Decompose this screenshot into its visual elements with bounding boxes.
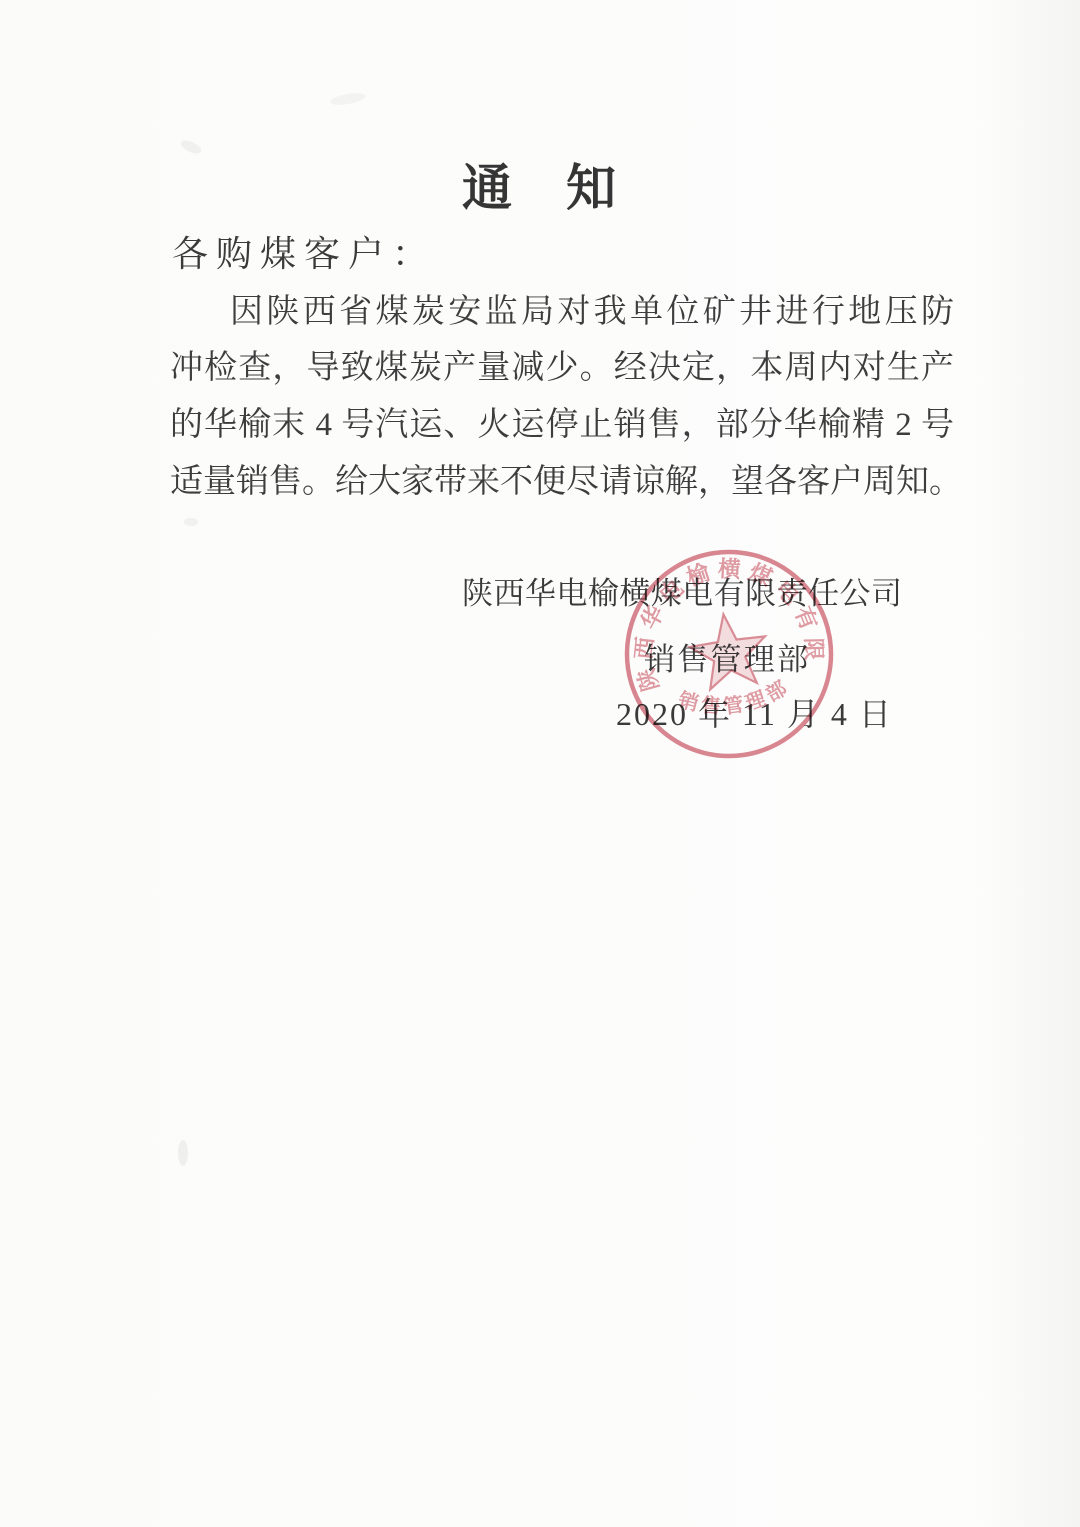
scan-artifact: [178, 1140, 188, 1166]
body-paragraph-line: 因陕西省煤炭安监局对我单位矿井进行地压防: [170, 285, 954, 332]
scanned-notice-page: 通 知 各购煤客户： 因陕西省煤炭安监局对我单位矿井进行地压防 冲检查，导致煤炭…: [0, 0, 1080, 1527]
body-paragraph-line: 的华榆末 4 号汽运、火运停止销售，部分华榆精 2 号: [170, 398, 954, 445]
salutation-line: 各购煤客户：: [172, 226, 436, 277]
stamp-bottom-text: 销售管理部: [673, 672, 796, 725]
body-paragraph-line: 冲检查，导致煤炭产量减少。经决定，本周内对生产: [170, 341, 954, 388]
scan-artifact: [184, 518, 198, 526]
scan-artifact: [329, 91, 366, 107]
star-icon: [686, 609, 771, 691]
document-title: 通 知: [0, 148, 1080, 220]
body-paragraph-line: 适量销售。给大家带来不便尽请谅解，望各客户周知。: [170, 455, 954, 502]
company-seal-stamp-icon: 陕西华电榆横煤电有限责任公司 销售管理部: [592, 517, 865, 790]
